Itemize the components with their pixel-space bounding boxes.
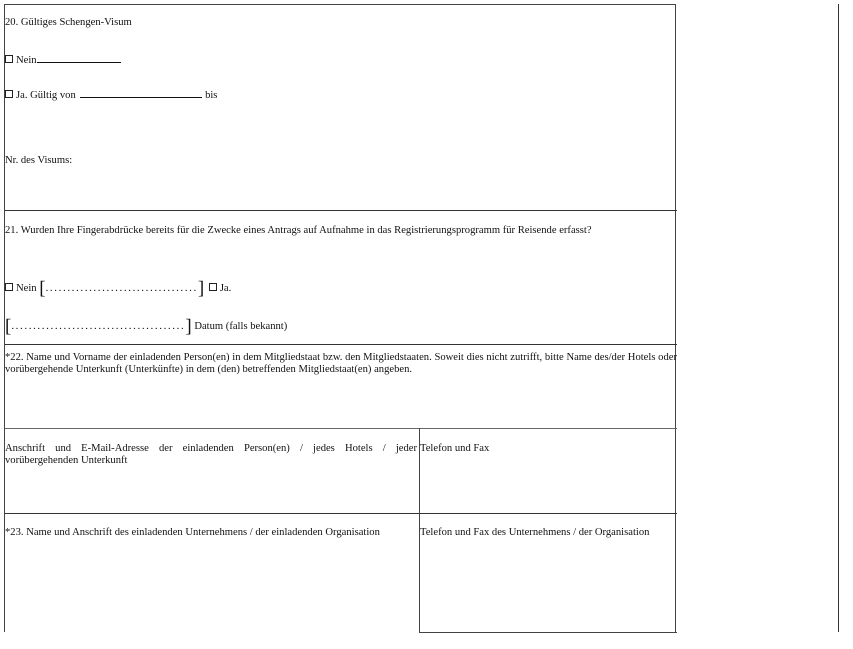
bracket-close: ] [185, 316, 191, 337]
section-20-option-yes[interactable]: Ja. Gültig von bis [5, 88, 217, 102]
page-margin-rule [838, 4, 839, 632]
divider [5, 428, 677, 429]
checkbox-icon[interactable] [5, 55, 13, 63]
option-no-label: Nein [16, 55, 37, 66]
visa-number-label: Nr. des Visums: [5, 155, 72, 167]
date-field[interactable]: ........................................ [11, 320, 185, 332]
valid-from-label: Ja. Gültig von [16, 90, 76, 101]
valid-until-label: bis [205, 90, 217, 101]
option-yes-label: Ja. [220, 283, 231, 294]
date-label: Datum (falls bekannt) [194, 321, 287, 332]
bracket-close: ] [198, 278, 204, 299]
section-20-option-no[interactable]: Nein [5, 53, 121, 67]
divider [5, 210, 677, 211]
fingerprint-field[interactable]: ................................... [46, 282, 198, 294]
section-21-question: 21. Wurden Ihre Fingerabdrücke bereits f… [5, 225, 675, 237]
checkbox-icon[interactable] [209, 283, 217, 291]
checkbox-icon[interactable] [5, 90, 13, 98]
section-22-address-label: Anschrift und E-Mail-Adresse der einlade… [5, 443, 417, 467]
section-23-title: *23. Name und Anschrift des einladenden … [5, 527, 417, 539]
section-21-option-no[interactable]: Nein [..................................… [5, 282, 231, 295]
divider [5, 344, 677, 345]
option-no-label: Nein [16, 283, 37, 294]
section-21-date[interactable]: [.......................................… [5, 320, 287, 333]
visa-application-form: 20. Gültiges Schengen-Visum Nein Ja. Gül… [4, 4, 676, 632]
section-20-title: 20. Gültiges Schengen-Visum [5, 17, 132, 29]
valid-from-field[interactable] [80, 88, 202, 98]
section-22-phone-label: Telefon und Fax [420, 443, 489, 455]
section-22-title: *22. Name und Vorname der einladenden Pe… [5, 352, 677, 376]
section-23-phone-cell[interactable] [420, 514, 677, 633]
checkbox-icon[interactable] [5, 283, 13, 291]
no-details-field[interactable] [37, 53, 121, 63]
